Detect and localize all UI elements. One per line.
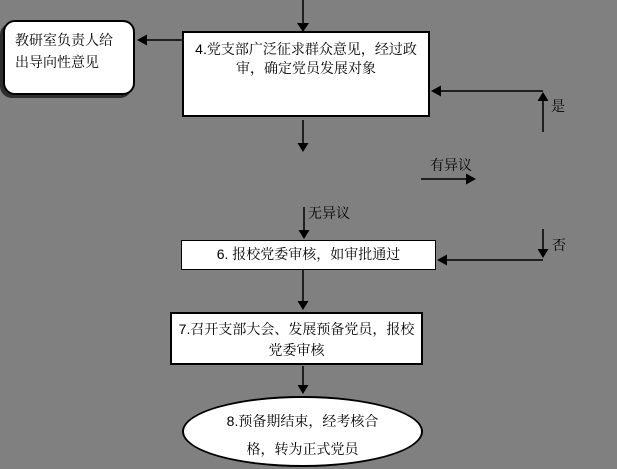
step8-text-line2: 格，转为正式党员 (184, 435, 421, 463)
step4-box: 4.党支部广泛征求群众意见，经过政 审，确定党员发展对象 (182, 31, 430, 117)
label-yes: 是 (551, 99, 565, 113)
callout-note: 教研室负责人给 出导向性意见 (3, 20, 135, 95)
arrowhead-no-left (437, 255, 447, 266)
arrowhead-noobjection-down (299, 230, 310, 239)
label-no-objection: 无异议 (308, 206, 350, 220)
step4-text-line1: 4.党支部广泛征求群众意见，经过政 (184, 40, 428, 59)
arrowhead-to-callout (137, 35, 147, 46)
step7-text-line1: 7.召开支部大会、发展预备党员，报校 (172, 319, 421, 340)
arrowhead-yes-up (538, 92, 549, 101)
label-objection: 有异议 (430, 158, 472, 172)
callout-text-line2: 出导向性意见 (15, 51, 129, 73)
label-no: 否 (552, 238, 566, 252)
arrowhead-objection-right (466, 174, 476, 185)
step8-ellipse: 8.预备期结束，经考核合 格，转为正式党员 (182, 396, 423, 467)
arrowhead-step4-down (298, 143, 309, 152)
step6-text: 6. 报校党委审核，如审批通过 (182, 241, 435, 268)
step8-text-line1: 8.预备期结束，经考核合 (184, 407, 421, 435)
step4-text-line2: 审，确定党员发展对象 (184, 59, 428, 78)
step7-text-line2: 党委审核 (172, 340, 421, 361)
arrowhead-yes-left (431, 86, 441, 97)
arrowhead-step7-to-step8 (298, 385, 309, 394)
arrowhead-no-down (538, 249, 549, 258)
arrowhead-step6-to-step7 (298, 301, 309, 310)
step7-box: 7.召开支部大会、发展预备党员，报校 党委审核 (170, 312, 423, 365)
step6-box: 6. 报校党委审核，如审批通过 (181, 240, 436, 270)
callout-text-line1: 教研室负责人给 (15, 29, 129, 51)
